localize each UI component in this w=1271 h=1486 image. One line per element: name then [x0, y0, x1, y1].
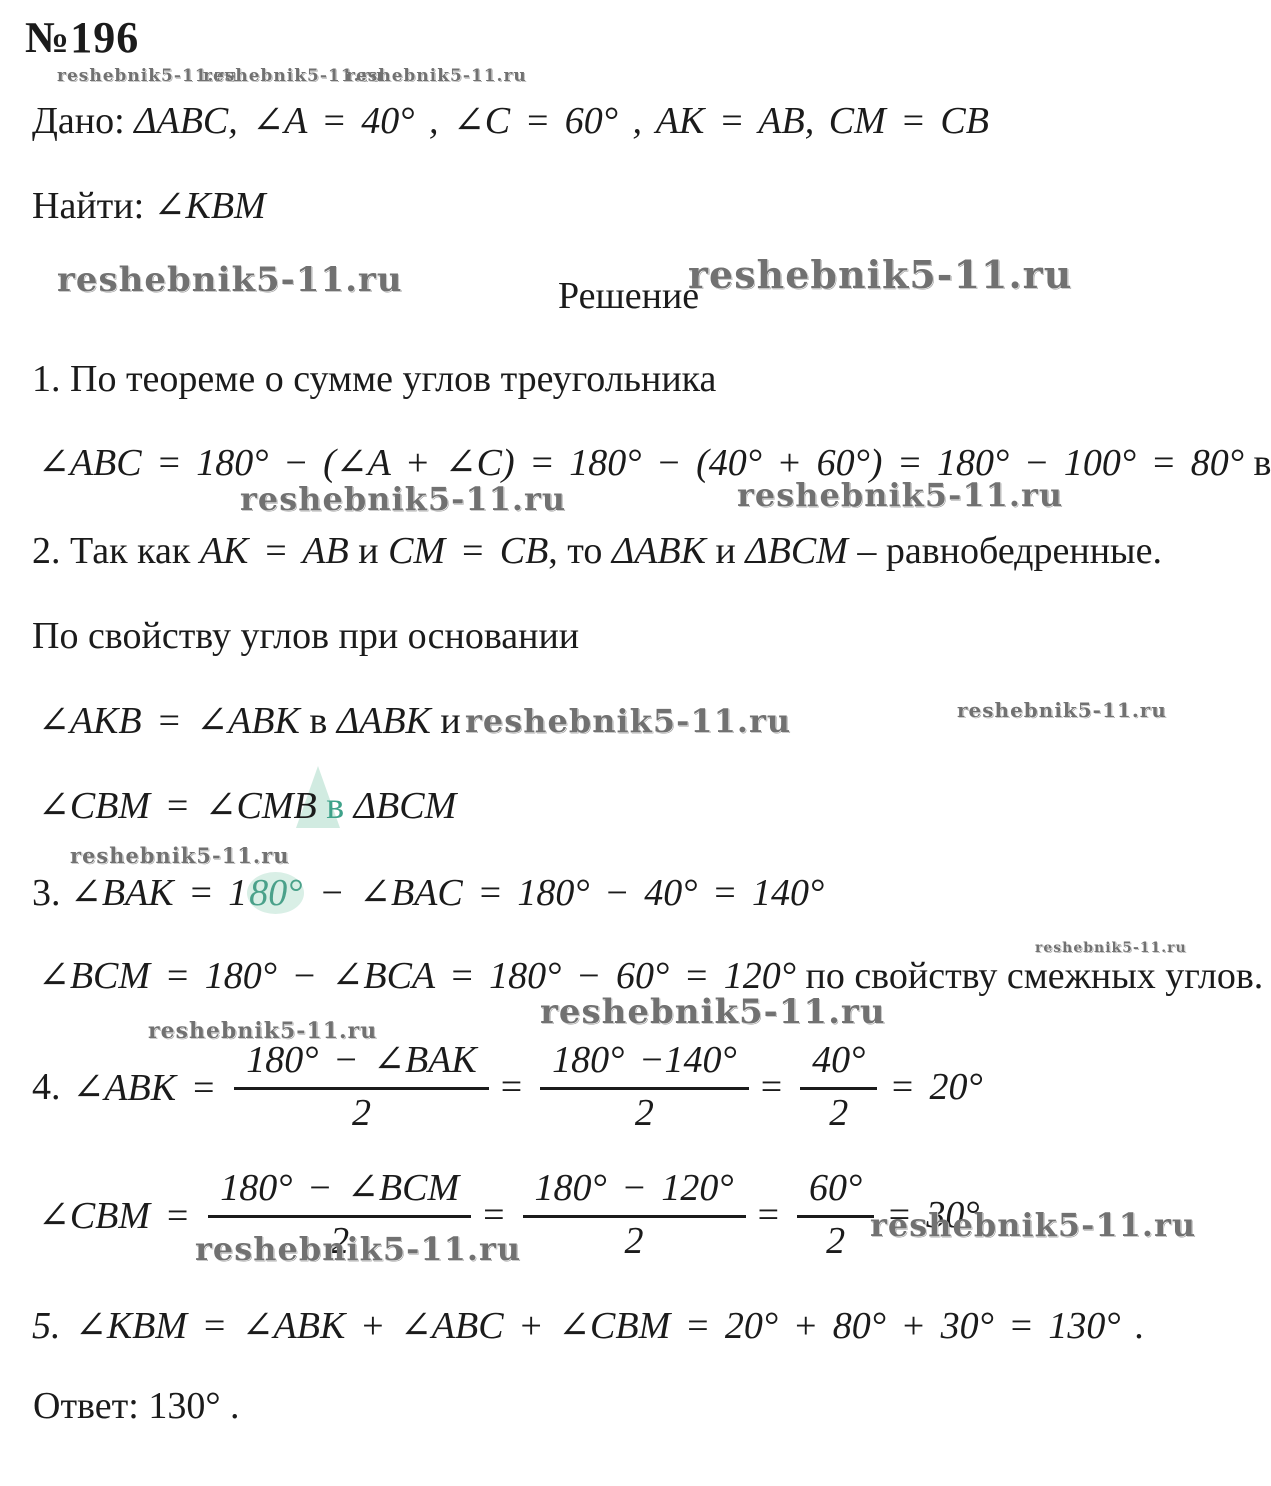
step2-eq2: CM = CB — [388, 530, 548, 572]
akb-line: ∠AKB = ∠ABK в ΔABK и — [38, 700, 461, 744]
step3-part1: ∠BAK = 1 — [70, 872, 247, 914]
step2-then: , то — [548, 530, 612, 572]
akb-in: в — [300, 700, 337, 742]
fraction-numerator: 180° − 120° — [523, 1168, 746, 1218]
step3a-line: 3. ∠BAK = 180° − ∠BAC = 180° − 40° = 140… — [32, 872, 824, 916]
fraction-numerator: 40° — [800, 1040, 877, 1090]
solution-heading: Решение — [558, 274, 699, 318]
fraction-denominator: 2 — [826, 1218, 845, 1263]
answer-value: 130° . — [148, 1385, 239, 1427]
step2-tri1: ΔABK — [612, 530, 706, 572]
akb-math: ∠AKB = ∠ABK — [38, 700, 300, 742]
watermark: reshebnik5-11.ru — [240, 480, 566, 518]
step4-result: = 20° — [889, 1065, 982, 1109]
watermark: reshebnik5-11.ru — [195, 1230, 521, 1268]
step3b-math: ∠BCM = 180° − ∠BCA = 180° − 60° = 120° — [38, 955, 796, 997]
fraction-numerator: 180° −140° — [540, 1040, 749, 1090]
fraction-denominator: 2 — [829, 1090, 848, 1135]
fraction-numerator: 180° − ∠BCM — [208, 1168, 471, 1218]
answer-label: Ответ: — [33, 1385, 148, 1427]
step4a-line: 4. ∠ABK = 180° − ∠BAK2 = 180° −140°2 = 4… — [32, 1040, 995, 1135]
step2-and1: и — [349, 530, 388, 572]
given-math: ΔABC, ∠A = 40° , ∠C = 60° , AK = AB, CM … — [134, 100, 989, 142]
cbm-math: ∠CBM = ∠CMB — [38, 785, 317, 827]
step2-tri2: ΔBCM — [745, 530, 848, 572]
watermark: reshebnik5-11.ru — [688, 252, 1072, 297]
step1-formula-line: ∠ABC = 180° − (∠A + ∠C) = 180° − (40° + … — [38, 442, 1271, 486]
step3-lead: 3. — [32, 872, 70, 914]
step3b-tail: по свойству смежных углов. — [796, 955, 1263, 997]
step3-part2: − ∠BAC = 180° − 40° = 140° — [304, 872, 824, 914]
property-text: По свойству углов при основании — [32, 615, 579, 659]
step4-head: ∠ABK = — [73, 1065, 217, 1110]
step1-in: в — [1244, 442, 1271, 484]
fraction-denominator: 2 — [635, 1090, 654, 1135]
watermark: reshebnik5-11.ru — [957, 698, 1167, 722]
akb-triangle: ΔABK — [337, 700, 431, 742]
answer-line: Ответ: 130° . — [33, 1385, 240, 1429]
fraction-numerator: 180° − ∠BAK — [234, 1040, 488, 1090]
step2-eq1: AK = AB — [200, 530, 349, 572]
fraction: 180° − 120°2 — [523, 1168, 746, 1263]
watermark: reshebnik5-11.ru — [148, 1018, 377, 1044]
fraction: 180° − ∠BAK2 — [234, 1040, 488, 1135]
equals-sign: = — [761, 1065, 782, 1109]
find-line: Найти: ∠KBM — [32, 185, 266, 229]
watermark: reshebnik5-11.ru — [870, 1206, 1196, 1244]
cbm-line: ∠CBM = ∠CMB в ΔBCM — [38, 785, 456, 829]
watermark: reshebnik5-11.ru — [1035, 940, 1187, 956]
watermark: reshebnik5-11.ru — [737, 476, 1063, 514]
solution-page: №196 reshebnik5-11.ru reshebnik5-11.ru r… — [0, 0, 1271, 1486]
given-label: Дано: — [32, 100, 134, 142]
step2-lead: 2. Так как — [32, 530, 200, 572]
equals-sign: = — [501, 1065, 522, 1109]
watermark: reshebnik5-11.ru — [465, 702, 791, 740]
task-number: №196 — [25, 12, 139, 63]
find-label: Найти: — [32, 185, 154, 227]
step2-tail: – равнобедренные. — [848, 530, 1162, 572]
fraction-numerator: 60° — [797, 1168, 874, 1218]
fraction: 60°2 — [797, 1168, 874, 1263]
fraction-denominator: 2 — [625, 1218, 644, 1263]
fraction: 180° −140°2 — [540, 1040, 749, 1135]
step3-highlight: 80° — [247, 872, 304, 914]
find-math: ∠KBM — [154, 185, 266, 227]
step4b-head: ∠CBM = — [38, 1193, 190, 1238]
watermark: reshebnik5-11.ru — [57, 260, 403, 300]
fraction: 40°2 — [800, 1040, 877, 1135]
step5-formula: 5. ∠KBM = ∠ABK + ∠ABC + ∠CBM = 20° + 80°… — [32, 1305, 1145, 1349]
step2-and2: и — [706, 530, 745, 572]
watermark: reshebnik5-11.ru — [346, 66, 527, 86]
cbm-in: в — [317, 785, 354, 827]
fraction-denominator: 2 — [352, 1090, 371, 1135]
step1-text: 1. По теореме о сумме углов треугольника — [32, 358, 716, 402]
equals-sign: = — [758, 1193, 779, 1237]
watermark: reshebnik5-11.ru — [70, 843, 290, 868]
step2-line: 2. Так как AK = AB и CM = CB, то ΔABK и … — [32, 530, 1162, 574]
step4-lead: 4. — [32, 1065, 61, 1109]
given-line: Дано: ΔABC, ∠A = 40° , ∠C = 60° , AK = A… — [32, 100, 989, 144]
watermark: reshebnik5-11.ru — [540, 992, 886, 1032]
akb-and: и — [431, 700, 461, 742]
cbm-triangle: ΔBCM — [354, 785, 457, 827]
